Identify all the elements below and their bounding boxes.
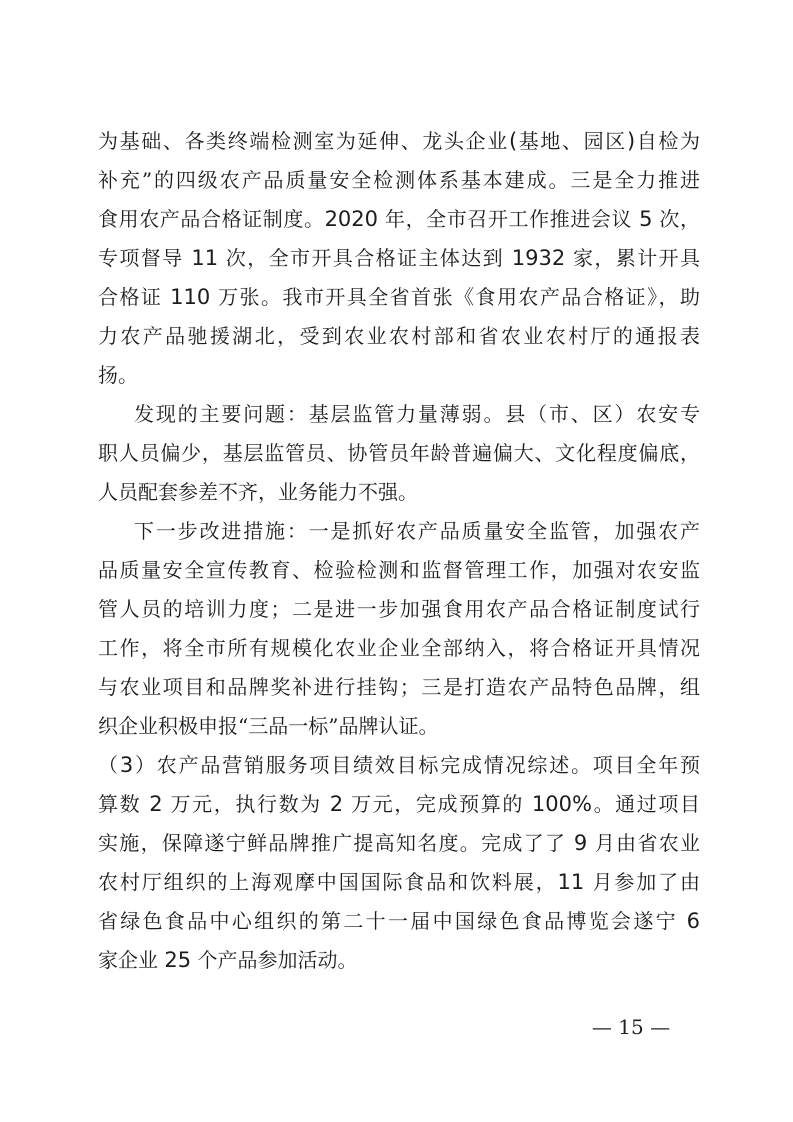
text-line: 合格证 110 万张。我市开具全省首张《食用农产品合格证》，助 bbox=[98, 278, 700, 317]
paragraph-certification-system-progress: 为基础、各类终端检测室为延伸、龙头企业(基地、园区)自检为 补充”的四级农产品质… bbox=[98, 122, 700, 395]
text-line: 职人员偏少，基层监管员、协管员年龄普遍偏大、文化程度偏底， bbox=[98, 434, 700, 473]
text-line: 与农业项目和品牌奖补进行挂钩；三是打造农产品特色品牌，组 bbox=[98, 668, 700, 707]
text-line: 力农产品驰援湖北，受到农业农村部和省农业农村厅的通报表 bbox=[98, 317, 700, 356]
text-line: 补充”的四级农产品质量安全检测体系基本建成。三是全力推进 bbox=[98, 161, 700, 200]
text-line: 发现的主要问题：基层监管力量薄弱。县（市、区）农安专 bbox=[98, 395, 700, 434]
text-line: 人员配套参差不齐，业务能力不强。 bbox=[98, 473, 700, 512]
report-body: 为基础、各类终端检测室为延伸、龙头企业(基地、园区)自检为 补充”的四级农产品质… bbox=[98, 122, 700, 980]
page-number: — 15 — bbox=[561, 1013, 701, 1041]
text-line: 省绿色食品中心组织的第二十一届中国绿色食品博览会遂宁 6 bbox=[98, 902, 700, 941]
text-line: 农村厅组织的上海观摩中国国际食品和饮料展，11 月参加了由 bbox=[98, 863, 700, 902]
paragraph-main-problems: 发现的主要问题：基层监管力量薄弱。县（市、区）农安专 职人员偏少，基层监管员、协… bbox=[98, 395, 700, 512]
text-line: 家企业 25 个产品参加活动。 bbox=[98, 941, 700, 980]
text-line: 算数 2 万元，执行数为 2 万元，完成预算的 100%。通过项目 bbox=[98, 785, 700, 824]
text-line: 专项督导 11 次，全市开具合格证主体达到 1932 家，累计开具 bbox=[98, 239, 700, 278]
text-line: 食用农产品合格证制度。2020 年，全市召开工作推进会议 5 次， bbox=[98, 200, 700, 239]
text-line: 织企业积极申报“三品一标”品牌认证。 bbox=[98, 707, 700, 746]
text-line: 工作，将全市所有规模化农业企业全部纳入，将合格证开具情况 bbox=[98, 629, 700, 668]
paragraph-improvement-measures: 下一步改进措施：一是抓好农产品质量安全监管，加强农产 品质量安全宣传教育、检验检… bbox=[98, 512, 700, 746]
text-line: 为基础、各类终端检测室为延伸、龙头企业(基地、园区)自检为 bbox=[98, 122, 700, 161]
text-line: 下一步改进措施：一是抓好农产品质量安全监管，加强农产 bbox=[98, 512, 700, 551]
text-line: 扬。 bbox=[98, 356, 700, 395]
text-line: 品质量安全宣传教育、检验检测和监督管理工作，加强对农安监 bbox=[98, 551, 700, 590]
document-page: 为基础、各类终端检测室为延伸、龙头企业(基地、园区)自检为 补充”的四级农产品质… bbox=[0, 0, 793, 1122]
text-line: （3）农产品营销服务项目绩效目标完成情况综述。项目全年预 bbox=[98, 746, 700, 785]
paragraph-marketing-service-project: （3）农产品营销服务项目绩效目标完成情况综述。项目全年预 算数 2 万元，执行数… bbox=[98, 746, 700, 980]
text-line: 实施，保障遂宁鲜品牌推广提高知名度。完成了了 9 月由省农业 bbox=[98, 824, 700, 863]
text-line: 管人员的培训力度；二是进一步加强食用农产品合格证制度试行 bbox=[98, 590, 700, 629]
